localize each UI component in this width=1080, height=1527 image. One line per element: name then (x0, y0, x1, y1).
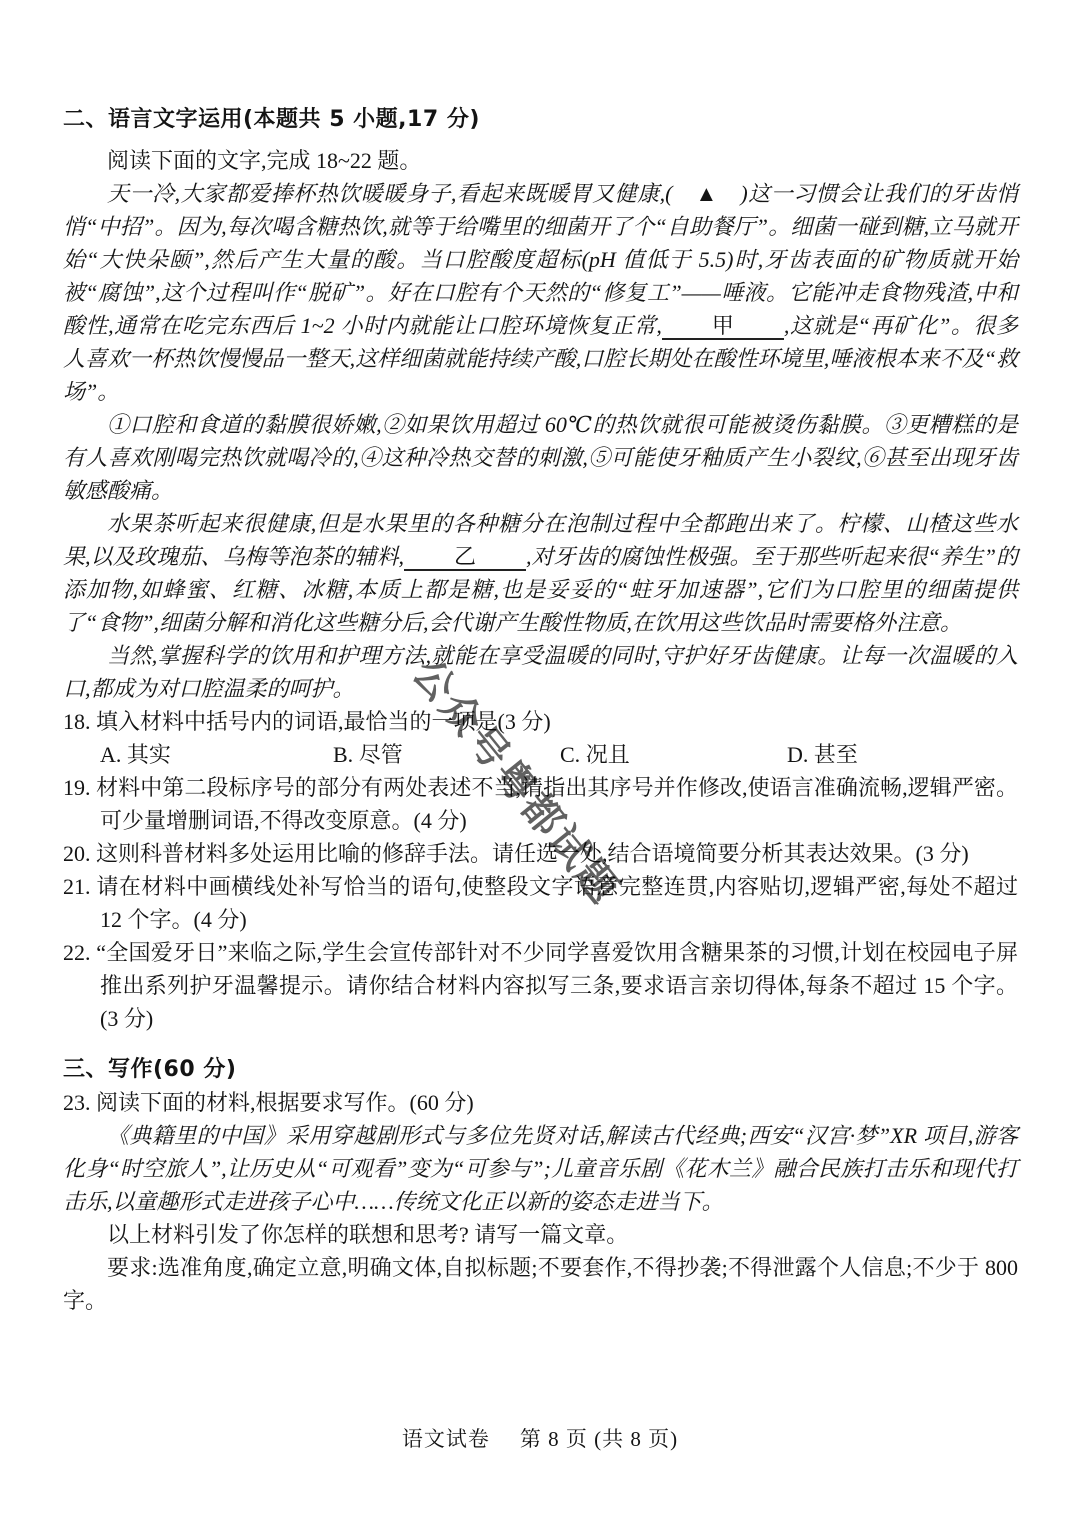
option-b-label: B. (333, 742, 359, 767)
question-20-text: 这则科普材料多处运用比喻的修辞手法。请任选一处,结合语境简要分析其表达效果。(3… (96, 841, 969, 866)
option-a-label: A. (100, 742, 127, 767)
question-18-options: A.其实 B.尽管 C.况且 D.甚至 (100, 738, 1018, 771)
question-18-number: 18. (63, 709, 96, 734)
material-paragraph-2: ①口腔和食道的黏膜很娇嫩,②如果饮用超过 60℃的热饮就很可能被烫伤黏膜。③更糟… (63, 408, 1018, 507)
question-21-text: 请在材料中画横线处补写恰当的语句,使整段文字语意完整连贯,内容贴切,逻辑严密,每… (96, 874, 1018, 932)
section-3-heading: 三、写作(60 分) (63, 1053, 1018, 1086)
question-18-text: 填入材料中括号内的词语,最恰当的一项是(3 分) (96, 709, 551, 734)
material-paragraph-3: 水果茶听起来很健康,但是水果里的各种糖分在泡制过程中全都跑出来了。柠檬、山楂这些… (63, 507, 1018, 639)
writing-requirements: 要求:选准角度,确定立意,明确文体,自拟标题;不要套作,不得抄袭;不得泄露个人信… (63, 1251, 1018, 1317)
footer-paper-title: 语文试卷 (402, 1424, 490, 1454)
material-paragraph-1: 天一冷,大家都爱捧杯热饮暖暖身子,看起来既暖胃又健康,( ▲ )这一习惯会让我们… (63, 177, 1018, 408)
option-c: C.况且 (560, 738, 787, 771)
question-18: 18.填入材料中括号内的词语,最恰当的一项是(3 分) (63, 705, 1018, 738)
section-2-heading: 二、语言文字运用(本题共 5 小题,17 分) (63, 103, 1018, 136)
option-a: A.其实 (100, 738, 333, 771)
option-d-label: D. (787, 742, 814, 767)
page-footer: 语文试卷 第 8 页 (共 8 页) (0, 1424, 1080, 1454)
question-23-text: 阅读下面的材料,根据要求写作。(60 分) (96, 1090, 474, 1115)
question-21: 21.请在材料中画横线处补写恰当的语句,使整段文字语意完整连贯,内容贴切,逻辑严… (63, 870, 1018, 936)
question-22: 22.“全国爱牙日”来临之际,学生会宣传部针对不少同学喜爱饮用含糖果茶的习惯,计… (63, 936, 1018, 1035)
question-23: 23.阅读下面的材料,根据要求写作。(60 分) (63, 1086, 1018, 1119)
question-23-number: 23. (63, 1090, 96, 1115)
question-20-number: 20. (63, 841, 96, 866)
footer-page-number: 第 8 页 (共 8 页) (520, 1424, 678, 1454)
option-d-text: 甚至 (814, 742, 858, 767)
option-a-text: 其实 (127, 742, 171, 767)
option-d: D.甚至 (787, 738, 1018, 771)
reading-intro: 阅读下面的文字,完成 18~22 题。 (63, 144, 1018, 177)
option-c-label: C. (560, 742, 586, 767)
question-21-number: 21. (63, 874, 96, 899)
option-c-text: 况且 (586, 742, 630, 767)
page-content: 二、语言文字运用(本题共 5 小题,17 分) 阅读下面的文字,完成 18~22… (63, 103, 1018, 1317)
question-19: 19.材料中第二段标序号的部分有两处表述不当,请指出其序号并作修改,使语言准确流… (63, 771, 1018, 837)
blank-jia: 甲 (662, 314, 784, 340)
question-20: 20.这则科普材料多处运用比喻的修辞手法。请任选一处,结合语境简要分析其表达效果… (63, 837, 1018, 870)
exam-paper-page: 公众号粤都试题 二、语言文字运用(本题共 5 小题,17 分) 阅读下面的文字,… (0, 0, 1080, 1527)
material-paragraph-4: 当然,掌握科学的饮用和护理方法,就能在享受温暖的同时,守护好牙齿健康。让每一次温… (63, 639, 1018, 705)
writing-material: 《典籍里的中国》采用穿越剧形式与多位先贤对话,解读古代经典;西安“汉宫·梦”XR… (63, 1119, 1018, 1218)
question-22-number: 22. (63, 940, 96, 965)
option-b: B.尽管 (333, 738, 560, 771)
question-19-text: 材料中第二段标序号的部分有两处表述不当,请指出其序号并作修改,使语言准确流畅,逻… (96, 775, 1018, 833)
writing-prompt: 以上材料引发了你怎样的联想和思考? 请写一篇文章。 (63, 1218, 1018, 1251)
question-19-number: 19. (63, 775, 96, 800)
blank-yi: 乙 (404, 545, 526, 571)
question-22-text: “全国爱牙日”来临之际,学生会宣传部针对不少同学喜爱饮用含糖果茶的习惯,计划在校… (96, 940, 1018, 1031)
option-b-text: 尽管 (359, 742, 403, 767)
